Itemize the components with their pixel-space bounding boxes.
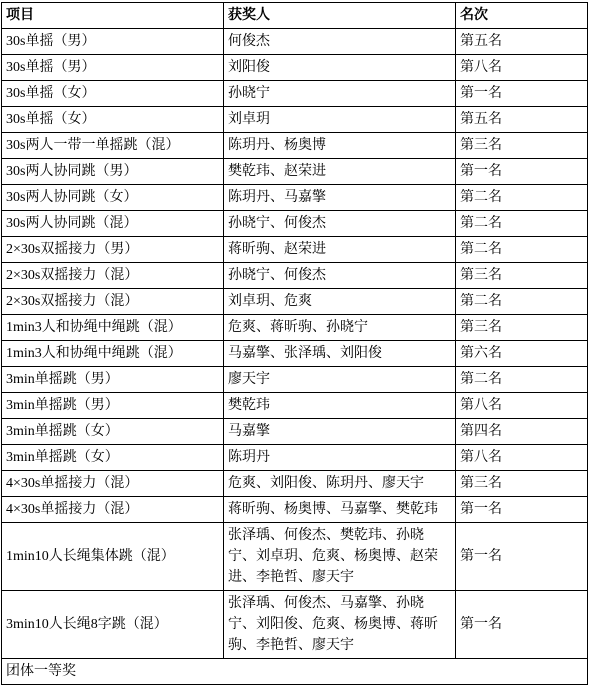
winners-cell: 危爽、刘阳俊、陈玥丹、廖天宇 — [224, 471, 456, 497]
header-event: 项目 — [2, 3, 224, 29]
rank-cell: 第六名 — [456, 341, 588, 367]
rank-cell: 第三名 — [456, 263, 588, 289]
event-cell: 1min10人长绳集体跳（混） — [2, 523, 224, 591]
event-cell: 2×30s双摇接力（混） — [2, 263, 224, 289]
rank-cell: 第五名 — [456, 29, 588, 55]
event-cell: 30s两人一带一单摇跳（混） — [2, 133, 224, 159]
table-row: 3min10人长绳8字跳（混） 张泽瑀、何俊杰、马嘉擎、孙晓宁、刘阳俊、危爽、杨… — [2, 591, 588, 659]
rank-cell: 第一名 — [456, 81, 588, 107]
rank-cell: 第二名 — [456, 237, 588, 263]
table-row: 30s单摇（女） 孙晓宁 第一名 — [2, 81, 588, 107]
winners-cell: 刘阳俊 — [224, 55, 456, 81]
winners-cell: 张泽瑀、何俊杰、马嘉擎、孙晓宁、刘阳俊、危爽、杨奥博、蒋昕驹、李艳哲、廖天宇 — [224, 591, 456, 659]
event-cell: 30s两人协同跳（男） — [2, 159, 224, 185]
winners-cell: 蒋昕驹、杨奥博、马嘉擎、樊乾玮 — [224, 497, 456, 523]
rank-cell: 第一名 — [456, 591, 588, 659]
table-row: 30s两人一带一单摇跳（混） 陈玥丹、杨奥博 第三名 — [2, 133, 588, 159]
winners-cell: 陈玥丹、马嘉擎 — [224, 185, 456, 211]
rank-cell: 第二名 — [456, 211, 588, 237]
event-cell: 2×30s双摇接力（男） — [2, 237, 224, 263]
winners-cell: 孙晓宁、何俊杰 — [224, 211, 456, 237]
winners-cell: 何俊杰 — [224, 29, 456, 55]
event-cell: 1min3人和协绳中绳跳（混） — [2, 341, 224, 367]
table-row: 3min单摇跳（男） 樊乾玮 第八名 — [2, 393, 588, 419]
rank-cell: 第五名 — [456, 107, 588, 133]
event-cell: 4×30s单摇接力（混） — [2, 471, 224, 497]
event-cell: 30s单摇（女） — [2, 81, 224, 107]
table-row: 3min单摇跳（男） 廖天宇 第二名 — [2, 367, 588, 393]
winners-cell: 孙晓宁、何俊杰 — [224, 263, 456, 289]
winners-cell: 马嘉擎、张泽瑀、刘阳俊 — [224, 341, 456, 367]
winners-cell: 刘卓玥 — [224, 107, 456, 133]
rank-cell: 第八名 — [456, 445, 588, 471]
event-cell: 3min单摇跳（男） — [2, 393, 224, 419]
winners-cell: 樊乾玮 — [224, 393, 456, 419]
table-row: 4×30s单摇接力（混） 危爽、刘阳俊、陈玥丹、廖天宇 第三名 — [2, 471, 588, 497]
table-row: 2×30s双摇接力（男） 蒋昕驹、赵荣进 第二名 — [2, 237, 588, 263]
rank-cell: 第三名 — [456, 133, 588, 159]
event-cell: 3min单摇跳（男） — [2, 367, 224, 393]
table-row: 2×30s双摇接力（混） 刘卓玥、危爽 第二名 — [2, 289, 588, 315]
team-award-cell: 团体一等奖 — [2, 659, 588, 685]
table-row: 2×30s双摇接力（混） 孙晓宁、何俊杰 第三名 — [2, 263, 588, 289]
event-cell: 30s单摇（男） — [2, 29, 224, 55]
event-cell: 30s两人协同跳（混） — [2, 211, 224, 237]
rank-cell: 第三名 — [456, 315, 588, 341]
rank-cell: 第四名 — [456, 419, 588, 445]
event-cell: 4×30s单摇接力（混） — [2, 497, 224, 523]
rank-cell: 第二名 — [456, 289, 588, 315]
table-row: 30s单摇（女） 刘卓玥 第五名 — [2, 107, 588, 133]
rank-cell: 第二名 — [456, 185, 588, 211]
table-row: 30s单摇（男） 刘阳俊 第八名 — [2, 55, 588, 81]
event-cell: 2×30s双摇接力（混） — [2, 289, 224, 315]
table-row: 3min单摇跳（女） 陈玥丹 第八名 — [2, 445, 588, 471]
rank-cell: 第八名 — [456, 55, 588, 81]
header-rank: 名次 — [456, 3, 588, 29]
event-cell: 3min单摇跳（女） — [2, 419, 224, 445]
winners-cell: 陈玥丹、杨奥博 — [224, 133, 456, 159]
event-cell: 3min10人长绳8字跳（混） — [2, 591, 224, 659]
winners-cell: 廖天宇 — [224, 367, 456, 393]
footer-row: 团体一等奖 — [2, 659, 588, 685]
table-row: 3min单摇跳（女） 马嘉擎 第四名 — [2, 419, 588, 445]
winners-cell: 蒋昕驹、赵荣进 — [224, 237, 456, 263]
table-row: 1min3人和协绳中绳跳（混） 危爽、蒋昕驹、孙晓宁 第三名 — [2, 315, 588, 341]
header-winners: 获奖人 — [224, 3, 456, 29]
rank-cell: 第一名 — [456, 523, 588, 591]
event-cell: 3min单摇跳（女） — [2, 445, 224, 471]
table-row: 1min3人和协绳中绳跳（混） 马嘉擎、张泽瑀、刘阳俊 第六名 — [2, 341, 588, 367]
rank-cell: 第二名 — [456, 367, 588, 393]
table-row: 30s两人协同跳（混） 孙晓宁、何俊杰 第二名 — [2, 211, 588, 237]
event-cell: 30s单摇（女） — [2, 107, 224, 133]
winners-cell: 马嘉擎 — [224, 419, 456, 445]
rank-cell: 第三名 — [456, 471, 588, 497]
header-row: 项目 获奖人 名次 — [2, 3, 588, 29]
winners-cell: 张泽瑀、何俊杰、樊乾玮、孙晓宁、刘卓玥、危爽、杨奥博、赵荣进、李艳哲、廖天宇 — [224, 523, 456, 591]
table-row: 30s两人协同跳（男） 樊乾玮、赵荣进 第一名 — [2, 159, 588, 185]
table-row: 1min10人长绳集体跳（混） 张泽瑀、何俊杰、樊乾玮、孙晓宁、刘卓玥、危爽、杨… — [2, 523, 588, 591]
event-cell: 30s两人协同跳（女） — [2, 185, 224, 211]
winners-cell: 陈玥丹 — [224, 445, 456, 471]
winners-cell: 樊乾玮、赵荣进 — [224, 159, 456, 185]
rank-cell: 第一名 — [456, 159, 588, 185]
rank-cell: 第八名 — [456, 393, 588, 419]
winners-cell: 危爽、蒋昕驹、孙晓宁 — [224, 315, 456, 341]
awards-table: 项目 获奖人 名次 30s单摇（男） 何俊杰 第五名 30s单摇（男） 刘阳俊 … — [1, 2, 588, 685]
rank-cell: 第一名 — [456, 497, 588, 523]
table-row: 4×30s单摇接力（混） 蒋昕驹、杨奥博、马嘉擎、樊乾玮 第一名 — [2, 497, 588, 523]
table-row: 30s两人协同跳（女） 陈玥丹、马嘉擎 第二名 — [2, 185, 588, 211]
table-row: 30s单摇（男） 何俊杰 第五名 — [2, 29, 588, 55]
event-cell: 1min3人和协绳中绳跳（混） — [2, 315, 224, 341]
event-cell: 30s单摇（男） — [2, 55, 224, 81]
winners-cell: 孙晓宁 — [224, 81, 456, 107]
winners-cell: 刘卓玥、危爽 — [224, 289, 456, 315]
